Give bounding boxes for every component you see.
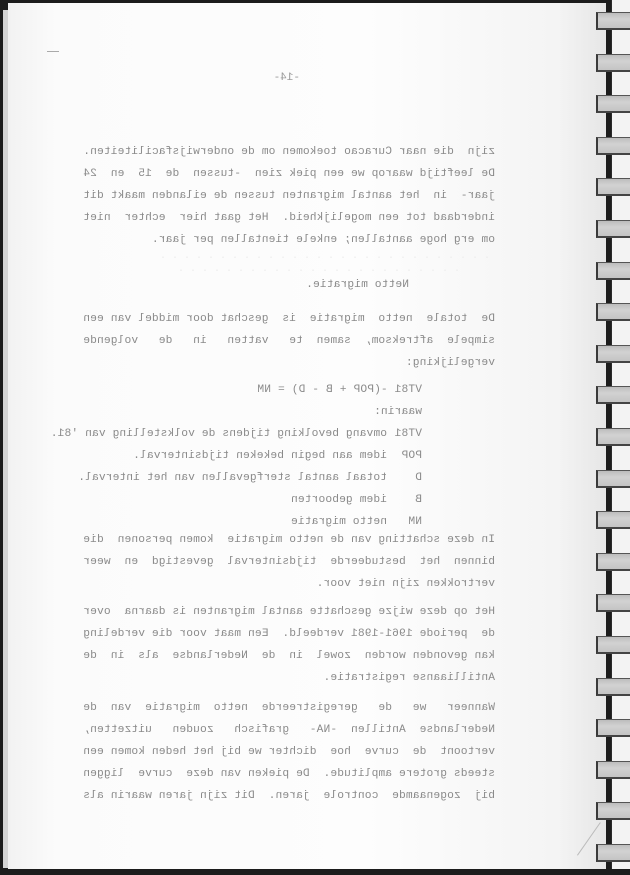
- legend-text: totaal aantal sterfgevallen van het inte…: [78, 472, 387, 484]
- mirrored-show-through-text: -14- zijn die naar Curacao toekomen om d…: [0, 0, 630, 875]
- legend-text: idem geboorten: [291, 494, 387, 506]
- scan-bottom-edge: [0, 869, 630, 875]
- legend-symbol: VT81: [395, 428, 422, 440]
- legend-text: omvang bevolking tijdens de volkstelling…: [51, 428, 387, 440]
- text-line: Nederlandse Antillen -NA- grafisch zoude…: [83, 724, 495, 736]
- ghost-line: . . . . . . . . . . . . . . . . . . . . …: [160, 251, 490, 262]
- text-line: de periode 1961-1981 verdeeld. Een maat …: [83, 628, 495, 640]
- text-line: De totale netto migratie is geschat door…: [83, 313, 495, 325]
- ghost-line: . . . . . . . . . . . . . . . . . . . . …: [178, 264, 460, 275]
- legend-symbol: POP: [401, 450, 422, 462]
- formula: VT81 -(POP + B - D) = NM: [257, 384, 422, 396]
- text-line: In deze schatting van de netto migratie …: [83, 534, 495, 546]
- legend-symbol: D: [415, 472, 422, 484]
- text-line: vertoont de curve hoe dichter we bij het…: [83, 746, 495, 758]
- text-line: Het op deze wijze geschatte aantal migra…: [83, 606, 495, 618]
- legend-symbol: NM: [408, 516, 422, 528]
- legend-intro: waarin:: [374, 406, 422, 418]
- text-line: vergelijking:: [406, 357, 495, 369]
- text-line: bij zogenaamde controle jaren. Dit zijn …: [83, 790, 495, 802]
- text-line: Wanneer we de geregistreerde netto migra…: [83, 702, 495, 714]
- text-line: vertrokken zijn niet voor.: [317, 578, 495, 590]
- legend-symbol: B: [415, 494, 422, 506]
- text-line: om erg hoge aantallen; enkele tientallen…: [152, 234, 495, 246]
- text-line: simpele aftreksom, samen te vatten in de…: [83, 335, 495, 347]
- text-line: inderdaad tot een mogelijkheid. Het gaat…: [83, 212, 495, 224]
- text-line: zijn die naar Curacao toekomen om de ond…: [83, 146, 495, 158]
- legend-text: idem aan begin bekeken tijdsinterval.: [133, 450, 387, 462]
- legend-text: netto migratie: [291, 516, 387, 528]
- text-line: Antilliaanse registratie.: [323, 672, 495, 684]
- page-number: -14-: [274, 72, 300, 84]
- text-line: jaar- in het aantal migranten tussen de …: [83, 190, 495, 202]
- text-line: kan gevonden worden zowel in de Nederlan…: [83, 650, 495, 662]
- text-line: binnen het bestudeerde tijdsinterval gev…: [83, 556, 495, 568]
- text-line: De leeftijd waarop we een piek zien -tus…: [83, 168, 495, 180]
- text-line: steeds grotere amplitude. De pieken van …: [83, 768, 495, 780]
- section-heading: Netto migratie.: [306, 279, 409, 291]
